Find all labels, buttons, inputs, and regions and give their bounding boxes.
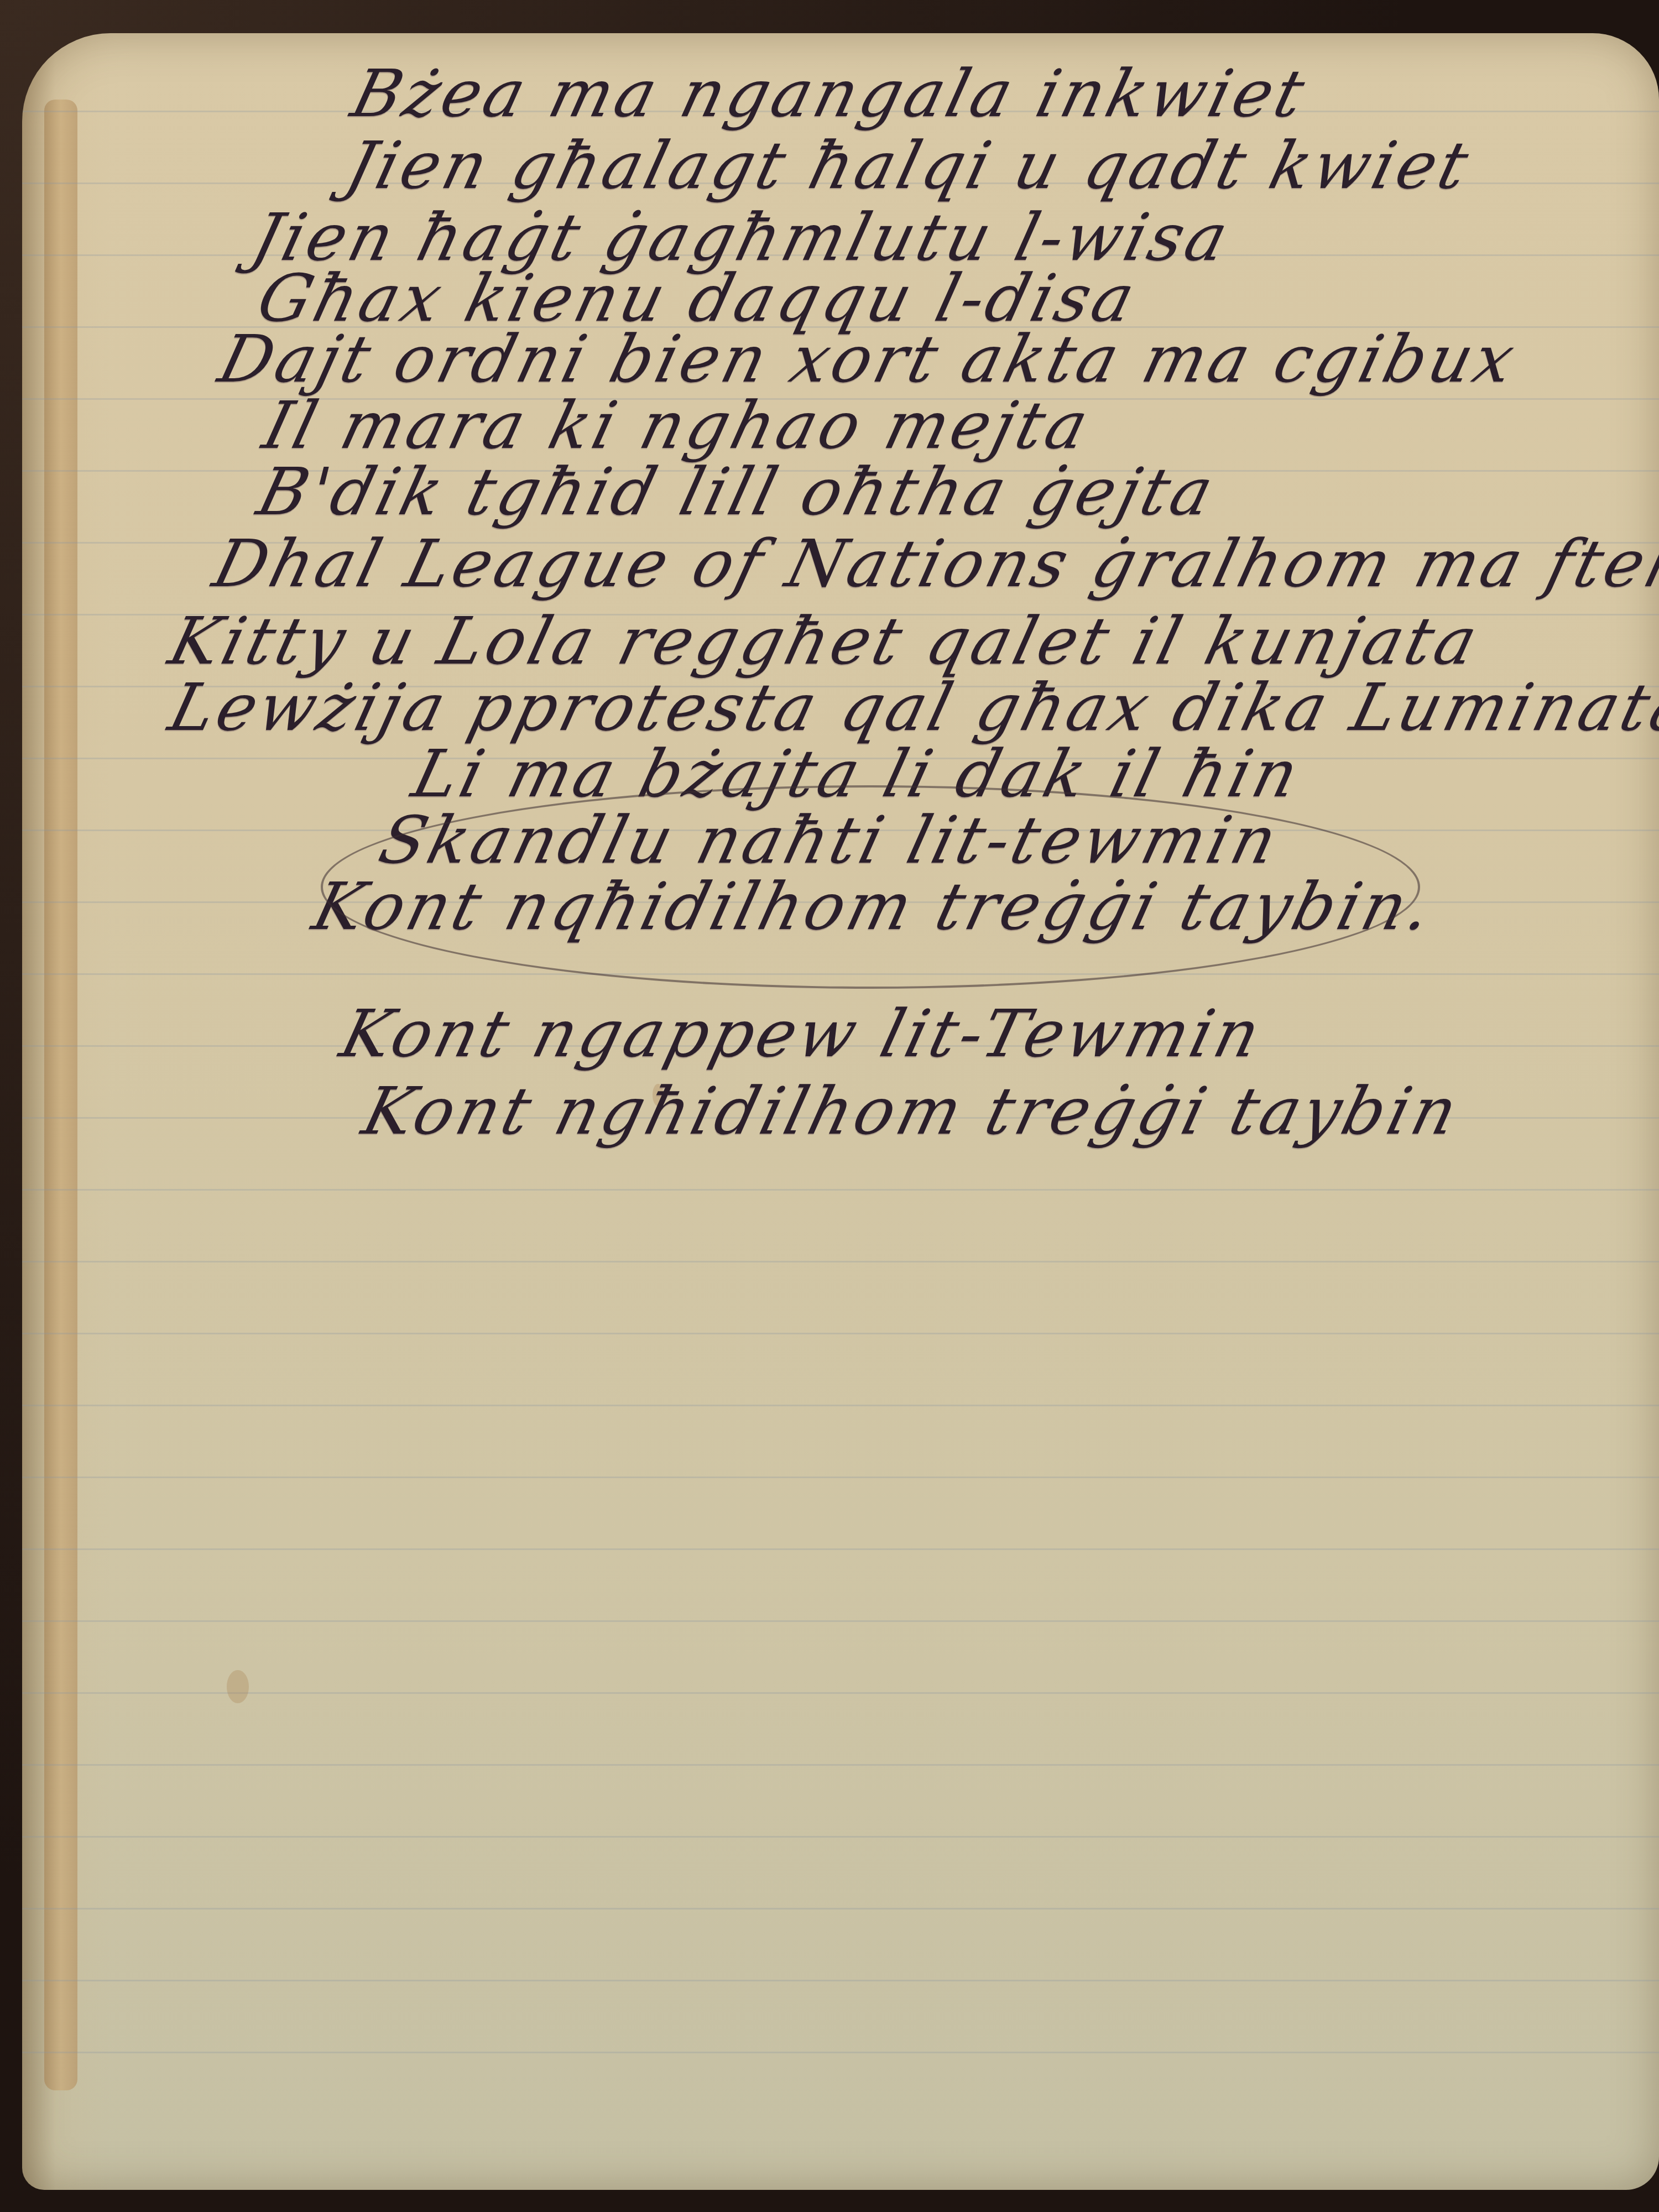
handwritten-line: Il mara ki nghao mejta	[256, 387, 1099, 463]
handwritten-line: Jien għalagt ħalqi u qadt kwiet	[339, 127, 1479, 204]
rule-line	[22, 1620, 1659, 1622]
rule-line	[22, 1261, 1659, 1262]
rule-line	[22, 1980, 1659, 1981]
handwritten-line: Kont ngappew lit-Tewmin	[333, 995, 1271, 1072]
notebook-page: Bżea ma ngangala inkwiet Jien għalagt ħa…	[22, 33, 1659, 2190]
rule-line	[22, 2052, 1659, 2053]
rule-line	[22, 1333, 1659, 1334]
rule-line	[22, 1836, 1659, 1838]
rule-line	[22, 1908, 1659, 1910]
handwritten-line: Dajt ordni bien xort akta ma cgibux	[212, 321, 1525, 397]
handwritten-line: Lewżija pprotesta qal għax dika Luminata	[162, 669, 1659, 745]
handwritten-line: Bżea ma ngangala inkwiet	[345, 55, 1315, 132]
rule-line	[22, 1477, 1659, 1478]
handwritten-line: Kitty u Lola reggħet qalet il kunjata	[162, 603, 1488, 679]
rule-line	[22, 1692, 1659, 1694]
rule-line	[22, 1189, 1659, 1191]
rule-line	[22, 1764, 1659, 1766]
handwritten-line: Kont ngħidilhom treġġi taybin	[356, 1073, 1468, 1149]
handwritten-line: Dhal League of Nations ġralhom ma ftehmu…	[206, 525, 1659, 602]
handwritten-line: B'dik tgħid lill oħtha ġejta	[251, 453, 1224, 530]
paper-stain	[227, 1670, 249, 1703]
pencil-bracket-circle	[321, 785, 1420, 989]
rule-line	[22, 1548, 1659, 1550]
rule-line	[22, 1405, 1659, 1406]
